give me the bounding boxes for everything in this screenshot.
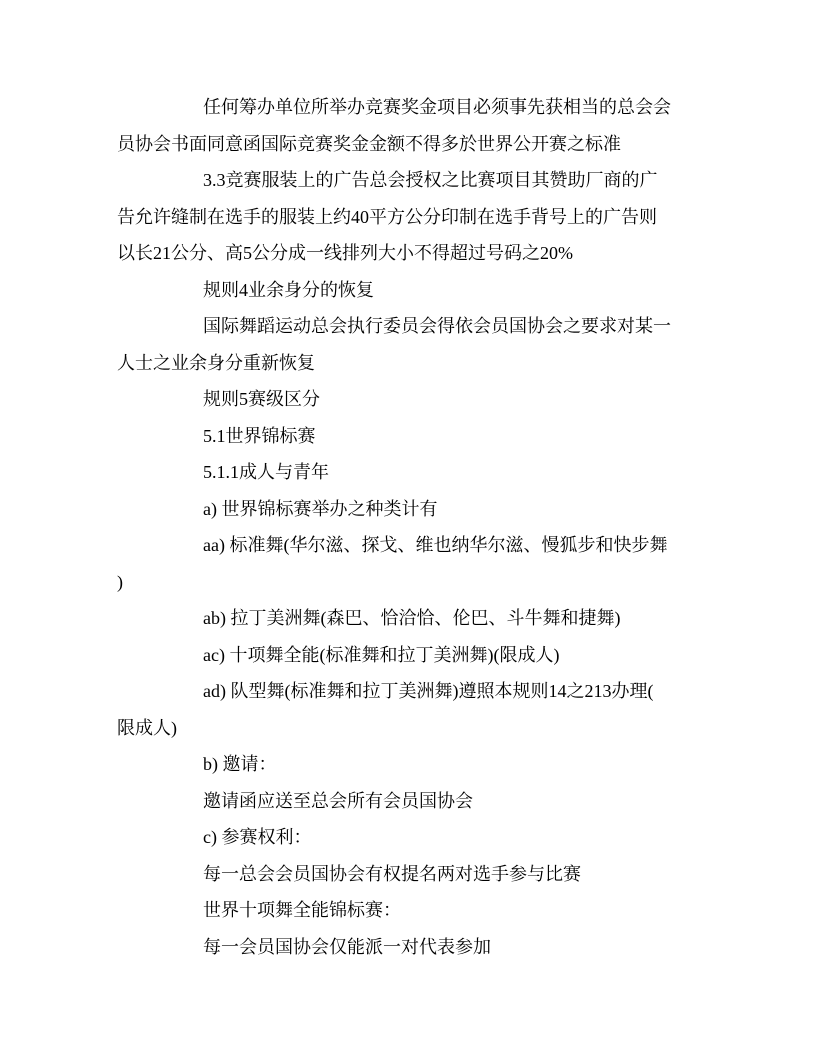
text-line: 邀请函应送至总会所有会员国协会 (117, 783, 699, 820)
text-line: 每一总会会员国协会有权提名两对选手参与比赛 (117, 856, 699, 893)
text-line: 任何筹办单位所举办竞赛奖金项目必须事先获相当的总会会 (117, 89, 699, 126)
text-line: c) 参赛权利： (117, 819, 699, 856)
text-line: 员协会书面同意函国际竞赛奖金金额不得多於世界公开赛之标准 (117, 126, 699, 163)
text-line: 告允许缝制在选手的服装上约40平方公分印制在选手背号上的广告则 (117, 199, 699, 236)
text-line: 国际舞蹈运动总会执行委员会得依会员国协会之要求对某一 (117, 308, 699, 345)
text-line: 5.1世界锦标赛 (117, 418, 699, 455)
text-line: 人士之业余身分重新恢复 (117, 345, 699, 382)
text-line: a) 世界锦标赛举办之种类计有 (117, 491, 699, 528)
text-line: 世界十项舞全能锦标赛： (117, 892, 699, 929)
text-line: ad) 队型舞(标准舞和拉丁美洲舞)遵照本规则14之213办理( (117, 673, 699, 710)
text-line: aa) 标准舞(华尔滋、探戈、维也纳华尔滋、慢狐步和快步舞 (117, 527, 699, 564)
text-line: b) 邀请： (117, 746, 699, 783)
text-line: ab) 拉丁美洲舞(森巴、恰洽恰、伦巴、斗牛舞和捷舞) (117, 600, 699, 637)
text-line: 每一会员国协会仅能派一对代表参加 (117, 929, 699, 966)
text-line: 规则4业余身分的恢复 (117, 272, 699, 309)
text-line: ac) 十项舞全能(标准舞和拉丁美洲舞)(限成人) (117, 637, 699, 674)
document-content: 任何筹办单位所举办竞赛奖金项目必须事先获相当的总会会员协会书面同意函国际竞赛奖金… (117, 89, 699, 965)
document-page: 任何筹办单位所举办竞赛奖金项目必须事先获相当的总会会员协会书面同意函国际竞赛奖金… (0, 0, 816, 1056)
text-line: 规则5赛级区分 (117, 381, 699, 418)
text-line: 以长21公分、高5公分成一线排列大小不得超过号码之20% (117, 235, 699, 272)
text-line: 3.3竞赛服装上的广告总会授权之比赛项目其赞助厂商的广 (117, 162, 699, 199)
text-line: ) (117, 564, 699, 601)
text-line: 限成人) (117, 710, 699, 747)
text-line: 5.1.1成人与青年 (117, 454, 699, 491)
